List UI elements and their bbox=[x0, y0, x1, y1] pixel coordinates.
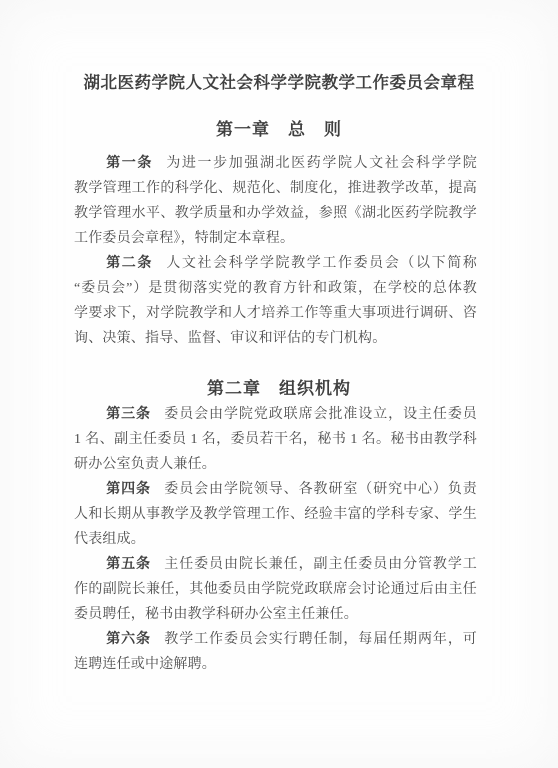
article-1-line-3: 教学管理水平、教学质量和办学效益，参照《湖北医药学院教学 bbox=[74, 201, 477, 226]
article-3-line-1: 第三条委员会由学院党政联席会批准设立，设主任委员 bbox=[74, 402, 477, 427]
chapter-1-body: 第一条为进一步加强湖北医药学院人文社会科学学院 教学管理工作的科学化、规范化、制… bbox=[74, 151, 477, 351]
article-2-line-4: 询、决策、指导、监督、审议和评估的专门机构。 bbox=[74, 326, 477, 351]
article-2-line-1: 第二条人文社会科学学院教学工作委员会（以下简称 bbox=[74, 251, 477, 276]
article-3-line-2: 1 名、副主任委员 1 名，委员若干名，秘书 1 名。秘书由教学科 bbox=[74, 427, 477, 452]
article-5-line-2: 作的副院长兼任，其他委员由学院党政联席会讨论通过后由主任 bbox=[74, 577, 477, 602]
chapter-1-heading: 第一章 总 则 bbox=[0, 118, 558, 143]
article-1-line-2: 教学管理工作的科学化、规范化、制度化，推进教学改革，提高 bbox=[74, 176, 477, 201]
document-title: 湖北医药学院人文社会科学学院教学工作委员会章程 bbox=[40, 71, 518, 95]
article-4-text: 委员会由学院领导、各教研室（研究中心）负责 bbox=[164, 482, 477, 497]
article-3-number: 第三条 bbox=[106, 407, 151, 422]
article-4-line-3: 代表组成。 bbox=[74, 527, 477, 552]
article-4-number: 第四条 bbox=[106, 482, 151, 497]
article-5-number: 第五条 bbox=[106, 557, 151, 572]
article-5-line-1: 第五条主任委员由院长兼任，副主任委员由分管教学工 bbox=[74, 552, 477, 577]
chapter-2-body: 第三条委员会由学院党政联席会批准设立，设主任委员 1 名、副主任委员 1 名，委… bbox=[74, 402, 477, 677]
article-1-line-4: 工作委员会章程》，特制定本章程。 bbox=[74, 226, 477, 251]
scanned-document-page: 湖北医药学院人文社会科学学院教学工作委员会章程 第一章 总 则 第一条为进一步加… bbox=[0, 0, 558, 768]
article-2-text: 人文社会科学学院教学工作委员会（以下简称 bbox=[166, 256, 477, 271]
article-2-number: 第二条 bbox=[106, 256, 153, 271]
article-6-text: 教学工作委员会实行聘任制，每届任期两年，可 bbox=[164, 632, 477, 647]
article-2-line-2: “委员会”）是贯彻落实党的教育方针和政策，在学校的总体教 bbox=[74, 276, 477, 301]
article-6-line-1: 第六条教学工作委员会实行聘任制，每届任期两年，可 bbox=[74, 627, 477, 652]
article-1-number: 第一条 bbox=[106, 156, 153, 171]
article-5-line-3: 委员聘任，秘书由教学科研办公室主任兼任。 bbox=[74, 602, 477, 627]
article-1-line-1: 第一条为进一步加强湖北医药学院人文社会科学学院 bbox=[74, 151, 477, 176]
article-5-text: 主任委员由院长兼任，副主任委员由分管教学工 bbox=[164, 557, 477, 572]
article-2-line-3: 学要求下，对学院教学和人才培养工作等重大事项进行调研、咨 bbox=[74, 301, 477, 326]
article-4-line-2: 人和长期从事教学及教学管理工作、经验丰富的学科专家、学生 bbox=[74, 502, 477, 527]
article-4-line-1: 第四条委员会由学院领导、各教研室（研究中心）负责 bbox=[74, 477, 477, 502]
article-6-line-2: 连聘连任或中途解聘。 bbox=[74, 652, 477, 677]
article-3-line-3: 研办公室负责人兼任。 bbox=[74, 452, 477, 477]
article-3-text: 委员会由学院党政联席会批准设立，设主任委员 bbox=[164, 407, 477, 422]
article-6-number: 第六条 bbox=[106, 632, 151, 647]
article-1-text: 为进一步加强湖北医药学院人文社会科学学院 bbox=[166, 156, 477, 171]
chapter-2-heading: 第二章 组织机构 bbox=[0, 377, 558, 402]
